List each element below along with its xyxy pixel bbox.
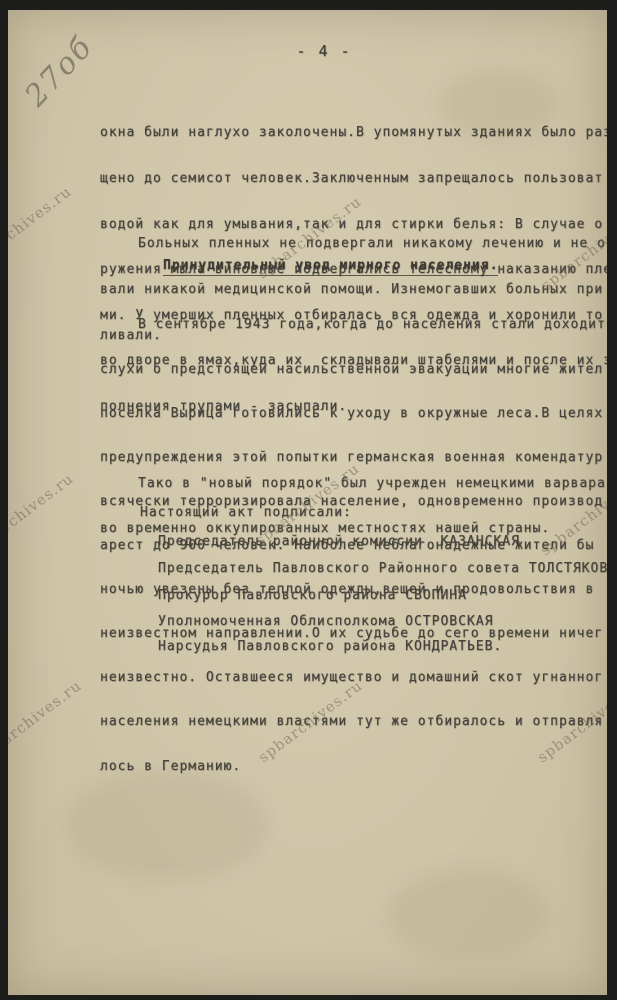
text-line: слухи о предстоящей насильственной эваку… xyxy=(100,363,607,378)
signature-line: Председатель районной комиссии КАЗАНСКАЯ xyxy=(158,534,520,549)
text-line: В сентябре 1943 года,когда до населения … xyxy=(100,318,607,333)
signature-line: Прокурор Павловского района СВОПИНА xyxy=(158,588,467,603)
text-line: поселка Вырица готовились к уходу в окру… xyxy=(100,407,607,422)
document-body: окна были наглухо заколочены.В упомянуты… xyxy=(8,10,607,995)
signing-intro: Настоящий акт подписали: xyxy=(140,505,352,520)
section-heading: Принудительный увод мирного населения. xyxy=(163,258,498,276)
text-line: населения немецкими властями тут же отби… xyxy=(100,715,607,730)
text-line: неизвестно. Оставшееся имущество и домаш… xyxy=(100,671,607,686)
section-heading-wrap: Принудительный увод мирного населения. xyxy=(163,258,498,273)
signature-line: Нарсудья Павловского района КОНДРАТЬЕВ. xyxy=(158,639,502,654)
text-line: Больных пленных не подвергали никакому л… xyxy=(100,236,607,251)
document-page: 27об - 4 - окна были наглухо заколочены.… xyxy=(8,10,607,995)
signature-line: Председатель Павловского Районного совет… xyxy=(158,561,607,576)
text-line: лось в Германию. xyxy=(100,760,607,775)
text-line: щено до семисот человек.Заключенным запр… xyxy=(100,171,607,186)
signature-line: Уполномоченная Облисполкома ОСТРОВСКАЯ xyxy=(158,614,493,629)
scanned-document: 27об - 4 - окна были наглухо заколочены.… xyxy=(0,0,617,1000)
scan-edge xyxy=(0,995,617,1000)
text-line: Тако в "новый порядок" был учрежден неме… xyxy=(100,477,606,492)
text-line: окна были наглухо заколочены.В упомянуты… xyxy=(100,125,607,140)
